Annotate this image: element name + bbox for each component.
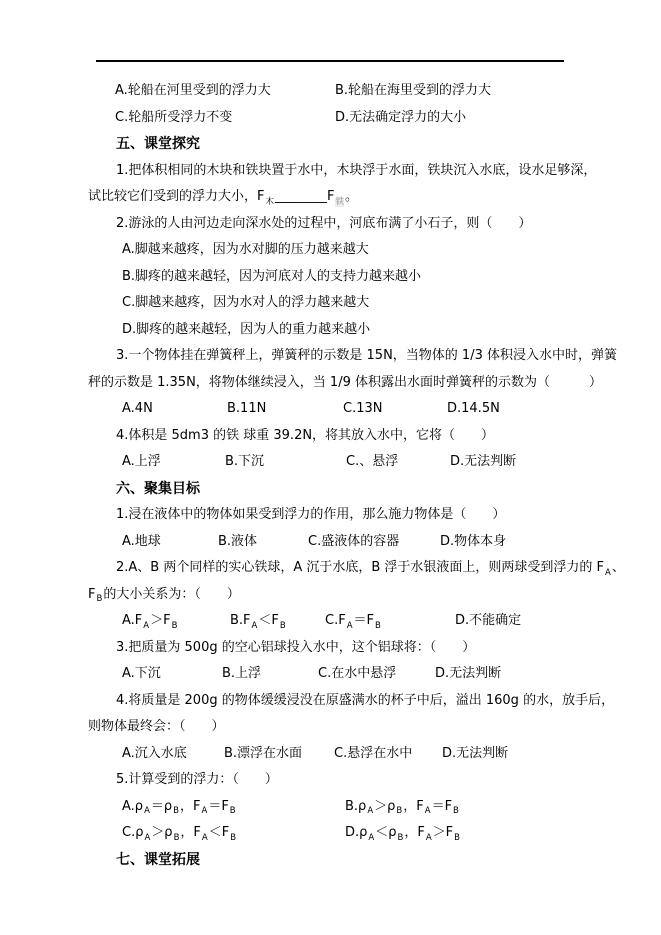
subscript-a: A: [368, 833, 374, 843]
question-line: 3.一个物体挂在弹簧秤上，弹簧秤的示数是 15N，当物体的 1/3 体积浸入水中…: [88, 343, 578, 370]
option-text: ，F: [404, 825, 424, 840]
option-c: C.ρA＞ρB，FA＜FB: [122, 820, 237, 847]
subscript-a: A: [143, 621, 149, 631]
option-c: C.在水中悬浮: [318, 661, 396, 688]
subscript-b: B: [453, 806, 459, 816]
option-row: A.轮船在河里受到的浮力大 B.轮船在海里受到的浮力大: [88, 78, 578, 105]
subscript-b: B: [96, 594, 102, 604]
option-a: A.ρA＝ρB，FA＝FB: [122, 794, 237, 821]
subscript-b: B: [172, 621, 178, 631]
option-text: C.F: [325, 613, 346, 628]
option-b: B.下沉: [225, 449, 264, 476]
option-text: D.不能确定: [455, 613, 521, 628]
question-line: 2.游泳的人由河边走向深水处的过程中，河底布满了小石子，则（ ）: [88, 211, 578, 238]
option-row: A.上浮 B.下沉 C.、悬浮 D.无法判断: [88, 449, 578, 476]
question-line: 5.计算受到的浮力：（ ）: [88, 767, 578, 794]
option-text: ＝F: [354, 613, 374, 628]
option-a: A.轮船在河里受到的浮力大: [115, 78, 271, 105]
option-text: ，F: [180, 825, 200, 840]
option-b: B.液体: [218, 529, 257, 556]
horizontal-rule: [96, 60, 564, 62]
question-text: 试比较它们受到的浮力大小，F: [88, 189, 264, 204]
subscript-a: A: [605, 568, 611, 578]
option-text: ＝F: [208, 799, 228, 814]
option-text: A.F: [122, 613, 142, 628]
option-row: A.ρA＝ρB，FA＝FB B.ρA＞ρB，FA＝FB: [88, 794, 578, 821]
option-row: C.ρA＞ρB，FA＜FB D.ρA＜ρB，FA＞FB: [88, 820, 578, 847]
option-text: ＝F: [432, 799, 452, 814]
question-line: 秤的示数是 1.35N，将物体继续浸入，当 1/9 体积露出水面时弹簧秤的示数为…: [88, 370, 578, 397]
option-b: B.11N: [227, 396, 266, 423]
option-row: A.4N B.11N C.13N D.14.5N: [88, 396, 578, 423]
option-d: D.无法确定浮力的大小: [335, 105, 466, 132]
option-d: D.无法判断: [442, 741, 508, 768]
option-text: ＜ρ: [375, 825, 396, 840]
option-c: C.、悬浮: [346, 449, 398, 476]
option-c: C.悬浮在水中: [334, 741, 412, 768]
option-c: C.盛液体的容器: [308, 529, 399, 556]
option-c: C.13N: [343, 396, 382, 423]
question-line: 1.把体积相同的木块和铁块置于水中，木块浮于水面，铁块沉入水底，设水足够深，: [88, 158, 578, 185]
subscript-b: B: [230, 806, 236, 816]
option-text: ＞F: [150, 613, 170, 628]
option-d: D.无法判断: [435, 661, 501, 688]
subscript-a: A: [425, 806, 431, 816]
option-text: D.ρ: [345, 825, 367, 840]
question-line: 1.浸在液体中的物体如果受到浮力的作用，那么施力物体是（ ）: [88, 502, 578, 529]
option-text: C.ρ: [122, 825, 143, 840]
option-text: ＞ρ: [374, 799, 395, 814]
option-row: A.FA＞FB B.FA＜FB C.FA＝FB D.不能确定: [88, 608, 578, 635]
subscript-b: B: [454, 833, 460, 843]
option-text: B.ρ: [345, 799, 366, 814]
option-d: D.14.5N: [447, 396, 500, 423]
question-line: 则物体最终会：（ ）: [88, 714, 578, 741]
option-text: ＞ρ: [151, 825, 172, 840]
option-text: B.F: [230, 613, 251, 628]
subscript-iron: 铁: [335, 197, 344, 207]
option-d: D.ρA＜ρB，FA＞FB: [345, 820, 461, 847]
question-line: 4.体积是 5dm3 的铁 球重 39.2N，将其放入水中，它将（ ）: [88, 423, 578, 450]
option-c: C.FA＝FB: [325, 608, 382, 635]
subscript-a: A: [202, 833, 208, 843]
option-a: A.FA＞FB: [122, 608, 178, 635]
question-line: 4.将质量是 200g 的物体缓缓浸没在原盛满水的杯子中后，溢出 160g 的水…: [88, 688, 578, 715]
subscript-b: B: [375, 621, 381, 631]
option-c: C.轮船所受浮力不变: [115, 105, 232, 132]
option-d: D.脚疼的越来越轻，因为人的重力越来越小: [88, 317, 578, 344]
option-text: ＜F: [209, 825, 229, 840]
subscript-a: A: [347, 621, 353, 631]
punctuation: 、: [612, 560, 625, 575]
question-line: 试比较它们受到的浮力大小，F木________F铁。: [88, 184, 578, 211]
worksheet-page: A.轮船在河里受到的浮力大 B.轮船在海里受到的浮力大 C.轮船所受浮力不变 D…: [0, 0, 661, 935]
symbol-f: F: [88, 587, 95, 602]
subscript-a: A: [144, 833, 150, 843]
option-text: A.ρ: [122, 799, 143, 814]
option-b: B.脚疼的越来越轻，因为河底对人的支持力越来越小: [88, 264, 578, 291]
option-a: A.下沉: [122, 661, 161, 688]
option-row: C.轮船所受浮力不变 D.无法确定浮力的大小: [88, 105, 578, 132]
subscript-a: A: [144, 806, 150, 816]
option-b: B.上浮: [222, 661, 261, 688]
option-text: ＜F: [258, 613, 278, 628]
option-a: A.地球: [122, 529, 161, 556]
option-a: A.上浮: [122, 449, 161, 476]
subscript-a: A: [367, 806, 373, 816]
question-line: 2.A、B 两个同样的实心铁球，A 沉于水底，B 浮于水银液面上，则两球受到浮力…: [88, 555, 578, 582]
section-heading-7: 七、课堂拓展: [88, 847, 578, 874]
subscript-a: A: [252, 621, 258, 631]
option-b: B.漂浮在水面: [224, 741, 302, 768]
option-a: A.脚越来越疼，因为水对脚的压力越来越大: [88, 237, 578, 264]
fill-in-blank: ________: [275, 189, 327, 204]
option-row: A.沉入水底 B.漂浮在水面 C.悬浮在水中 D.无法判断: [88, 741, 578, 768]
subscript-a: A: [426, 833, 432, 843]
question-line: FB的大小关系为：（ ）: [88, 582, 578, 609]
question-text: 2.A、B 两个同样的实心铁球，A 沉于水底，B 浮于水银液面上，则两球受到浮力…: [116, 560, 604, 575]
option-a: A.沉入水底: [122, 741, 187, 768]
subscript-b: B: [230, 833, 236, 843]
option-b: B.ρA＞ρB，FA＝FB: [345, 794, 460, 821]
option-row: A.下沉 B.上浮 C.在水中悬浮 D.无法判断: [88, 661, 578, 688]
option-row: A.地球 B.液体 C.盛液体的容器 D.物体本身: [88, 529, 578, 556]
option-d: D.物体本身: [440, 529, 506, 556]
symbol-f: F: [327, 189, 334, 204]
subscript-b: B: [396, 806, 402, 816]
option-d: D.无法判断: [450, 449, 516, 476]
subscript-b: B: [173, 806, 179, 816]
option-a: A.4N: [122, 396, 153, 423]
subscript-b: B: [398, 833, 404, 843]
option-text: ＝ρ: [151, 799, 172, 814]
subscript-wood: 木: [265, 197, 274, 207]
question-line: 3.把质量为 500g 的空心铝球投入水中，这个铝球将：（ ）: [88, 635, 578, 662]
subscript-b: B: [174, 833, 180, 843]
option-b: B.FA＜FB: [230, 608, 287, 635]
option-b: B.轮船在海里受到的浮力大: [335, 78, 491, 105]
question-text: 的大小关系为：（ ）: [103, 587, 240, 602]
option-text: ，F: [403, 799, 423, 814]
subscript-a: A: [201, 806, 207, 816]
section-heading-6: 六、聚集目标: [88, 476, 578, 503]
worksheet-content: A.轮船在河里受到的浮力大 B.轮船在海里受到的浮力大 C.轮船所受浮力不变 D…: [88, 78, 578, 873]
option-d: D.不能确定: [455, 608, 521, 635]
section-heading-5: 五、课堂探究: [88, 131, 578, 158]
subscript-b: B: [280, 621, 286, 631]
option-c: C.脚越来越疼，因为水对人的浮力越来越大: [88, 290, 578, 317]
option-text: ＞F: [433, 825, 453, 840]
period: 。: [345, 189, 358, 204]
option-text: ，F: [180, 799, 200, 814]
